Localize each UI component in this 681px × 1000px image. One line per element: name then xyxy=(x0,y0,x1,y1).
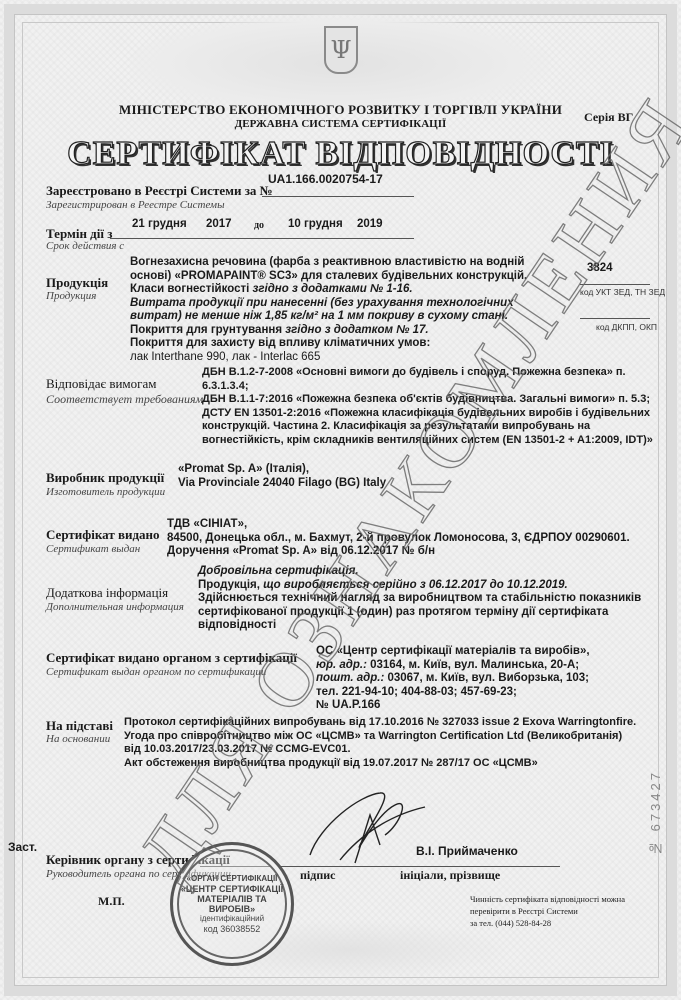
serial-number: № 673427 xyxy=(648,770,668,856)
additional-info-line: Добровільна сертифікація. xyxy=(198,565,668,579)
dkpp-label: код ДКПП, ОКП xyxy=(596,322,657,332)
additional-info: Добровільна сертифікація. Продукція, що … xyxy=(198,565,668,633)
issued-to-label: Сертифікат видано xyxy=(46,527,160,543)
stamp-line: МАТЕРІАЛІВ ТА ВИРОБІВ» xyxy=(173,894,291,914)
issuing-body-legal-address: юр. адр.: 03164, м. Київ, вул. Малинська… xyxy=(316,659,590,673)
signatory-name: В.І. Приймаченко xyxy=(416,845,518,859)
verification-note: Чинність сертифіката відповідності можна… xyxy=(470,893,625,929)
registration-label-ru: Зарегистрирован в Реестре Системы xyxy=(46,199,225,211)
verification-line: за тел. (044) 528-84-28 xyxy=(470,917,625,929)
issuing-body-number: № UA.P.166 xyxy=(316,699,590,713)
ministry-name: МІНІСТЕРСТВО ЕКОНОМІЧНОГО РОЗВИТКУ І ТОР… xyxy=(0,102,681,118)
basis-label-ru: На основании xyxy=(46,733,110,745)
issuing-body-details: ОС «Центр сертифікації матеріалів та вир… xyxy=(316,645,590,713)
registration-number: UA1.166.0020754-17 xyxy=(268,172,383,186)
requirements-label-ru: Соответствует требованиям xyxy=(46,392,203,407)
manufacturer-label-ru: Изготовитель продукции xyxy=(46,486,165,498)
product-label: Продукція xyxy=(46,275,108,291)
manufacturer-details: «Promat Sp. A» (Італія), Via Provinciale… xyxy=(178,463,386,490)
handwritten-signature-icon xyxy=(300,785,430,865)
additional-info-label: Додаткова інформація xyxy=(46,585,168,601)
signature-caption: підпис xyxy=(300,868,335,883)
valid-to-date: 10 грудня xyxy=(288,218,343,232)
manufacturer-name: «Promat Sp. A» (Італія), xyxy=(178,463,386,477)
product-line: Вогнезахисна речовина (фарба з реактивно… xyxy=(130,256,570,270)
issuing-body-phones: тел. 221-94-10; 404-88-03; 457-69-23; xyxy=(316,686,590,700)
validity-label-ru: Срок действия с xyxy=(46,240,124,252)
seal-place-label: М.П. xyxy=(98,894,125,909)
additional-info-line: Продукція, що виробляється серійно з 06.… xyxy=(198,579,668,593)
additional-info-line: Здійснюється технічний нагляд за виробни… xyxy=(198,592,668,606)
stamp-line: код 36038552 xyxy=(204,924,261,934)
stamp-line: ідентифікаційний xyxy=(200,914,264,924)
additional-info-label-ru: Дополнительная информация xyxy=(46,601,184,613)
registration-underline xyxy=(262,196,414,197)
basis-label: На підставі xyxy=(46,718,113,734)
valid-from-date: 21 грудня xyxy=(132,218,187,232)
name-caption: ініціали, прізвище xyxy=(400,868,500,883)
manufacturer-label: Виробник продукції xyxy=(46,470,164,486)
valid-to-word: до xyxy=(254,219,264,233)
issued-to-label-ru: Сертификат выдан xyxy=(46,543,140,555)
valid-from-year: 2017 xyxy=(206,218,232,232)
certification-system: ДЕРЖАВНА СИСТЕМА СЕРТИФІКАЦІЇ xyxy=(0,118,681,130)
verification-line: Чинність сертифіката відповідності можна xyxy=(470,893,625,905)
product-label-ru: Продукция xyxy=(46,290,96,302)
issuing-body-postal-address: пошт. адр.: 03067, м. Київ, вул. Виборзь… xyxy=(316,672,590,686)
validity-underline xyxy=(110,238,414,239)
valid-to-year: 2019 xyxy=(357,218,383,232)
certificate-page: Ψ МІНІСТЕРСТВО ЕКОНОМІЧНОГО РОЗВИТКУ І Т… xyxy=(0,0,681,1000)
manufacturer-address: Via Provinciale 24040 Filago (BG) Italy xyxy=(178,477,386,491)
verification-line: перевірити в Реєстрі Системи xyxy=(470,905,625,917)
dkpp-underline xyxy=(580,318,650,319)
deputy-prefix: Заст. xyxy=(8,841,37,855)
registration-label: Зареєстровано в Реєстрі Системи за № xyxy=(46,183,273,199)
trident-icon: Ψ xyxy=(324,26,358,74)
requirements-label: Відповідає вимогам xyxy=(46,376,156,392)
